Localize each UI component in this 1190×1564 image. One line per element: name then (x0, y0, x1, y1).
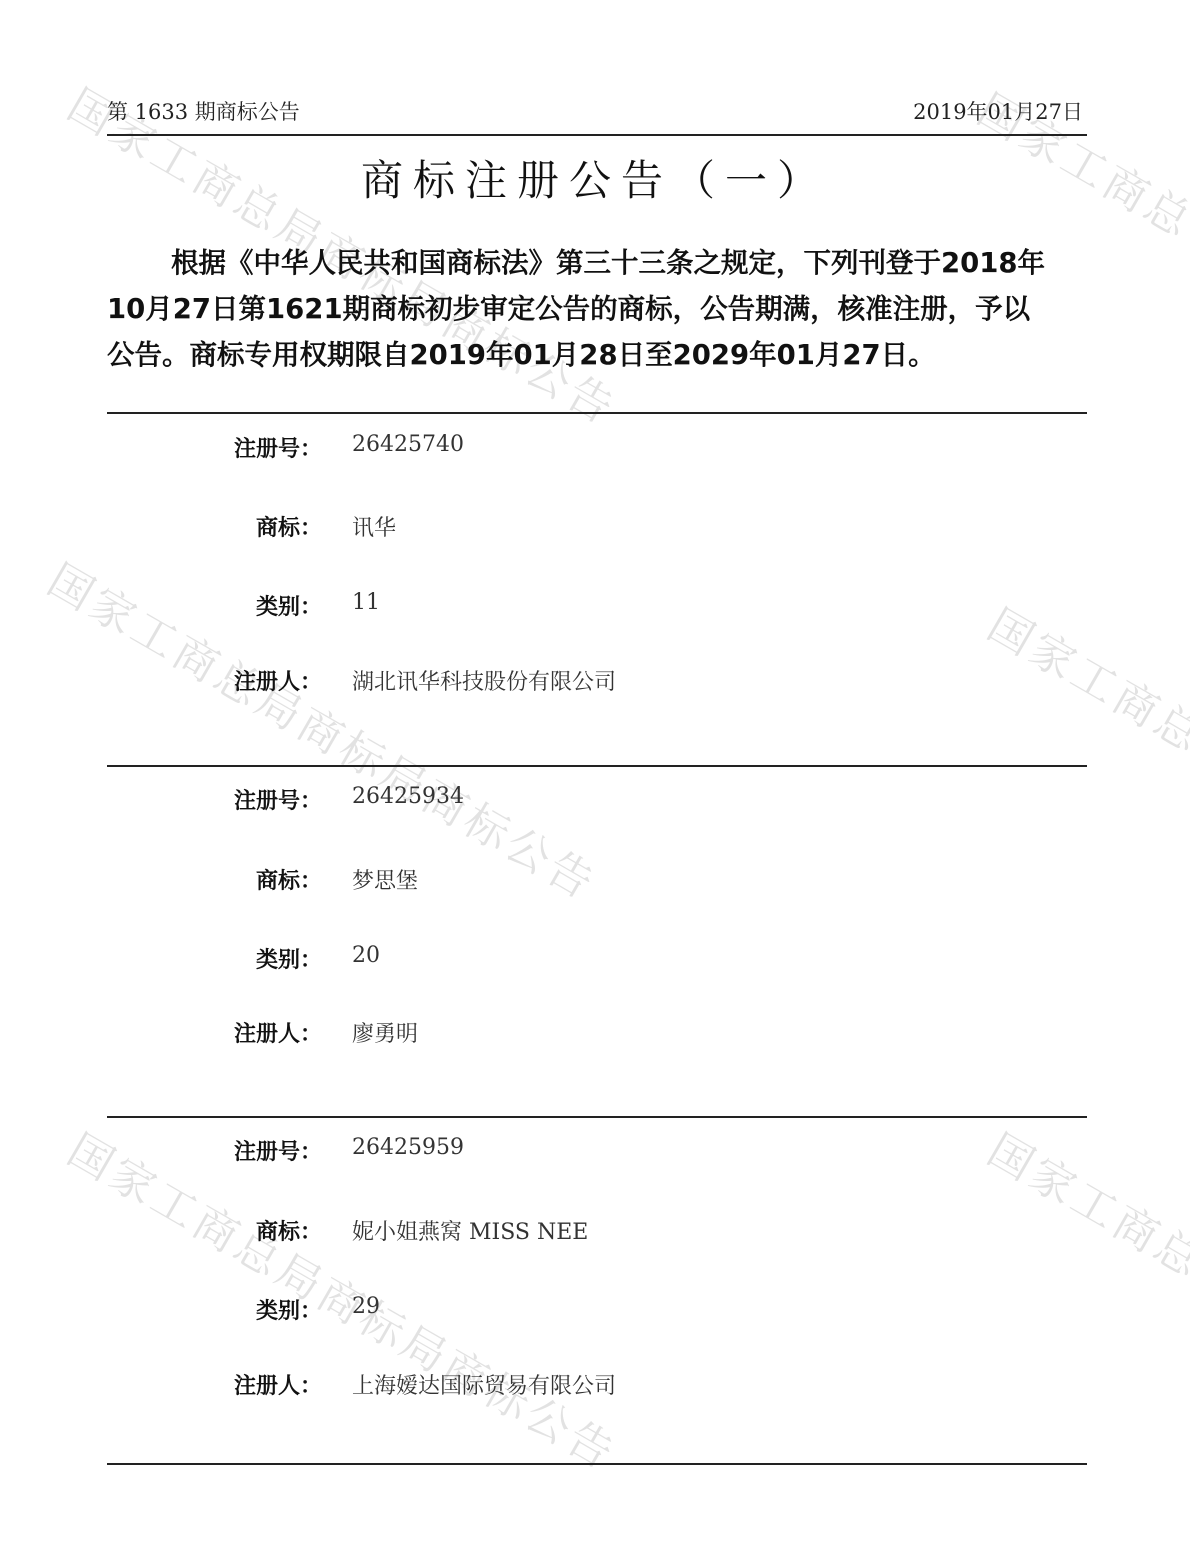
class-value: 20 (352, 943, 380, 968)
entry-reg-no: 注册号： 26425740 (0, 432, 1190, 462)
registrant-label: 注册人： (234, 1017, 322, 1048)
reg-no-value: 26425740 (352, 432, 464, 457)
class-label: 类别： (256, 590, 322, 621)
entry-divider (107, 1463, 1087, 1465)
issue-number: 第 1633 期商标公告 (107, 96, 300, 126)
entry-registrant: 注册人： 廖勇明 (0, 1017, 1190, 1047)
header-divider (107, 134, 1087, 136)
entry-class: 类别： 11 (0, 590, 1190, 620)
intro-paragraph: 根据《中华人民共和国商标法》第三十三条之规定，下列刊登于2018年 10月27日… (107, 240, 1087, 378)
class-label: 类别： (256, 1294, 322, 1325)
entry-reg-no: 注册号： 26425959 (0, 1135, 1190, 1165)
entry-mark: 商标： 讯华 (0, 511, 1190, 541)
mark-label: 商标： (256, 511, 322, 542)
page-title: 商标注册公告（一） (0, 148, 1190, 208)
entry-class: 类别： 20 (0, 943, 1190, 973)
mark-value: 讯华 (352, 511, 396, 542)
class-label: 类别： (256, 943, 322, 974)
entry-registrant: 注册人： 湖北讯华科技股份有限公司 (0, 665, 1190, 695)
intro-line: 公告。商标专用权期限自2019年01月28日至2029年01月27日。 (107, 332, 1087, 378)
reg-no-value: 26425959 (352, 1135, 464, 1160)
publication-date: 2019年01月27日 (913, 96, 1083, 126)
mark-label: 商标： (256, 864, 322, 895)
mark-value: 妮小姐燕窝 MISS NEE (352, 1215, 588, 1246)
entry-mark: 商标： 梦思堡 (0, 864, 1190, 894)
registrant-label: 注册人： (234, 665, 322, 696)
entry-divider (107, 1116, 1087, 1118)
registrant-value: 湖北讯华科技股份有限公司 (352, 665, 616, 696)
intro-line: 10月27日第1621期商标初步审定公告的商标，公告期满，核准注册，予以 (107, 286, 1087, 332)
reg-no-label: 注册号： (234, 784, 322, 815)
entry-registrant: 注册人： 上海嫒达国际贸易有限公司 (0, 1369, 1190, 1399)
reg-no-value: 26425934 (352, 784, 464, 809)
reg-no-label: 注册号： (234, 1135, 322, 1166)
class-value: 11 (352, 590, 380, 615)
mark-label: 商标： (256, 1215, 322, 1246)
entry-divider (107, 765, 1087, 767)
entry-class: 类别： 29 (0, 1294, 1190, 1324)
entry-mark: 商标： 妮小姐燕窝 MISS NEE (0, 1215, 1190, 1245)
registrant-value: 上海嫒达国际贸易有限公司 (352, 1369, 616, 1400)
mark-value: 梦思堡 (352, 864, 418, 895)
reg-no-label: 注册号： (234, 432, 322, 463)
registrant-value: 廖勇明 (352, 1017, 418, 1048)
entry-divider (107, 412, 1087, 414)
intro-line: 根据《中华人民共和国商标法》第三十三条之规定，下列刊登于2018年 (107, 240, 1087, 286)
registrant-label: 注册人： (234, 1369, 322, 1400)
class-value: 29 (352, 1294, 380, 1319)
entry-reg-no: 注册号： 26425934 (0, 784, 1190, 814)
